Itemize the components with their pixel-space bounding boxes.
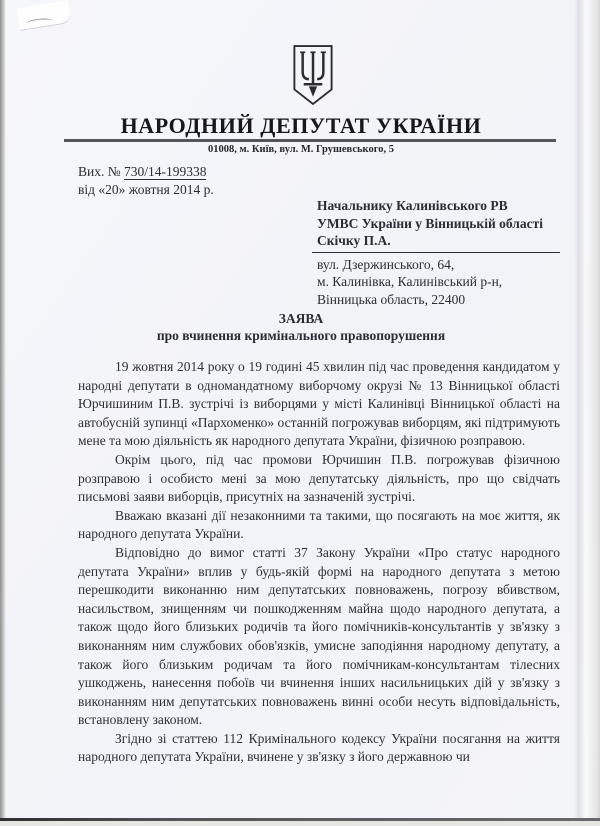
document-subject: ЗАЯВА про вчинення кримінального правопо… <box>4 310 598 344</box>
addressee-address-line: Вінницька область, 22400 <box>317 291 560 309</box>
addressee-address-line: м. Калинівка, Калинівський р-н, <box>317 273 560 291</box>
ukraine-trident-emblem-icon <box>290 44 336 106</box>
outgoing-number-value: 730/14-199338 <box>124 164 207 180</box>
body-paragraph: Вважаю вказані дії незаконними та такими… <box>78 507 560 544</box>
addressee-name-lines: Начальнику Калинівського РВ УМВС України… <box>312 197 560 253</box>
scanned-page: НАРОДНИЙ ДЕПУТАТ УКРАЇНИ 01008, м. Київ,… <box>4 0 598 820</box>
addressee-block: Начальнику Калинівського РВ УМВС України… <box>312 197 560 308</box>
body-paragraph: Окрім цього, під час промови Юрчишин П.В… <box>78 451 560 507</box>
document-title: ЗАЯВА <box>4 310 598 327</box>
outgoing-date-line: від «20» жовтня 2014 р. <box>78 181 214 199</box>
scanner-bed-strip <box>0 821 600 826</box>
document-body: 19 жовтня 2014 року о 19 годині 45 хвили… <box>78 358 560 767</box>
addressee-line: Скічку П.А. <box>317 232 560 250</box>
document-subtitle: про вчинення кримінального правопорушенн… <box>4 327 598 344</box>
body-paragraph: 19 жовтня 2014 року о 19 годині 45 хвили… <box>78 358 560 451</box>
scan-right-edge <box>574 0 600 820</box>
letterhead-title: НАРОДНИЙ ДЕПУТАТ УКРАЇНИ <box>4 113 598 139</box>
addressee-line: Начальнику Калинівського РВ <box>317 197 560 215</box>
letterhead-rule <box>64 139 556 142</box>
outgoing-number-label: Вих. № <box>78 164 124 179</box>
addressee-line: УМВС України у Вінницькій області <box>317 215 560 233</box>
body-paragraph: Згідно зі статтею 112 Кримінального коде… <box>78 730 560 767</box>
body-paragraph: Відповідно до вимог статті 37 Закону Укр… <box>78 544 560 730</box>
letterhead-address: 01008, м. Київ, вул. М. Грушевського, 5 <box>4 144 598 155</box>
scanned-document: НАРОДНИЙ ДЕПУТАТ УКРАЇНИ 01008, м. Київ,… <box>0 0 600 826</box>
outgoing-number-line: Вих. № 730/14-199338 <box>78 163 214 181</box>
scan-left-edge <box>0 0 6 820</box>
addressee-address-line: вул. Дзержинського, 64, <box>317 256 560 274</box>
outgoing-reference-block: Вих. № 730/14-199338 від «20» жовтня 201… <box>78 163 214 199</box>
addressee-address-lines: вул. Дзержинського, 64, м. Калинівка, Ка… <box>312 253 560 309</box>
